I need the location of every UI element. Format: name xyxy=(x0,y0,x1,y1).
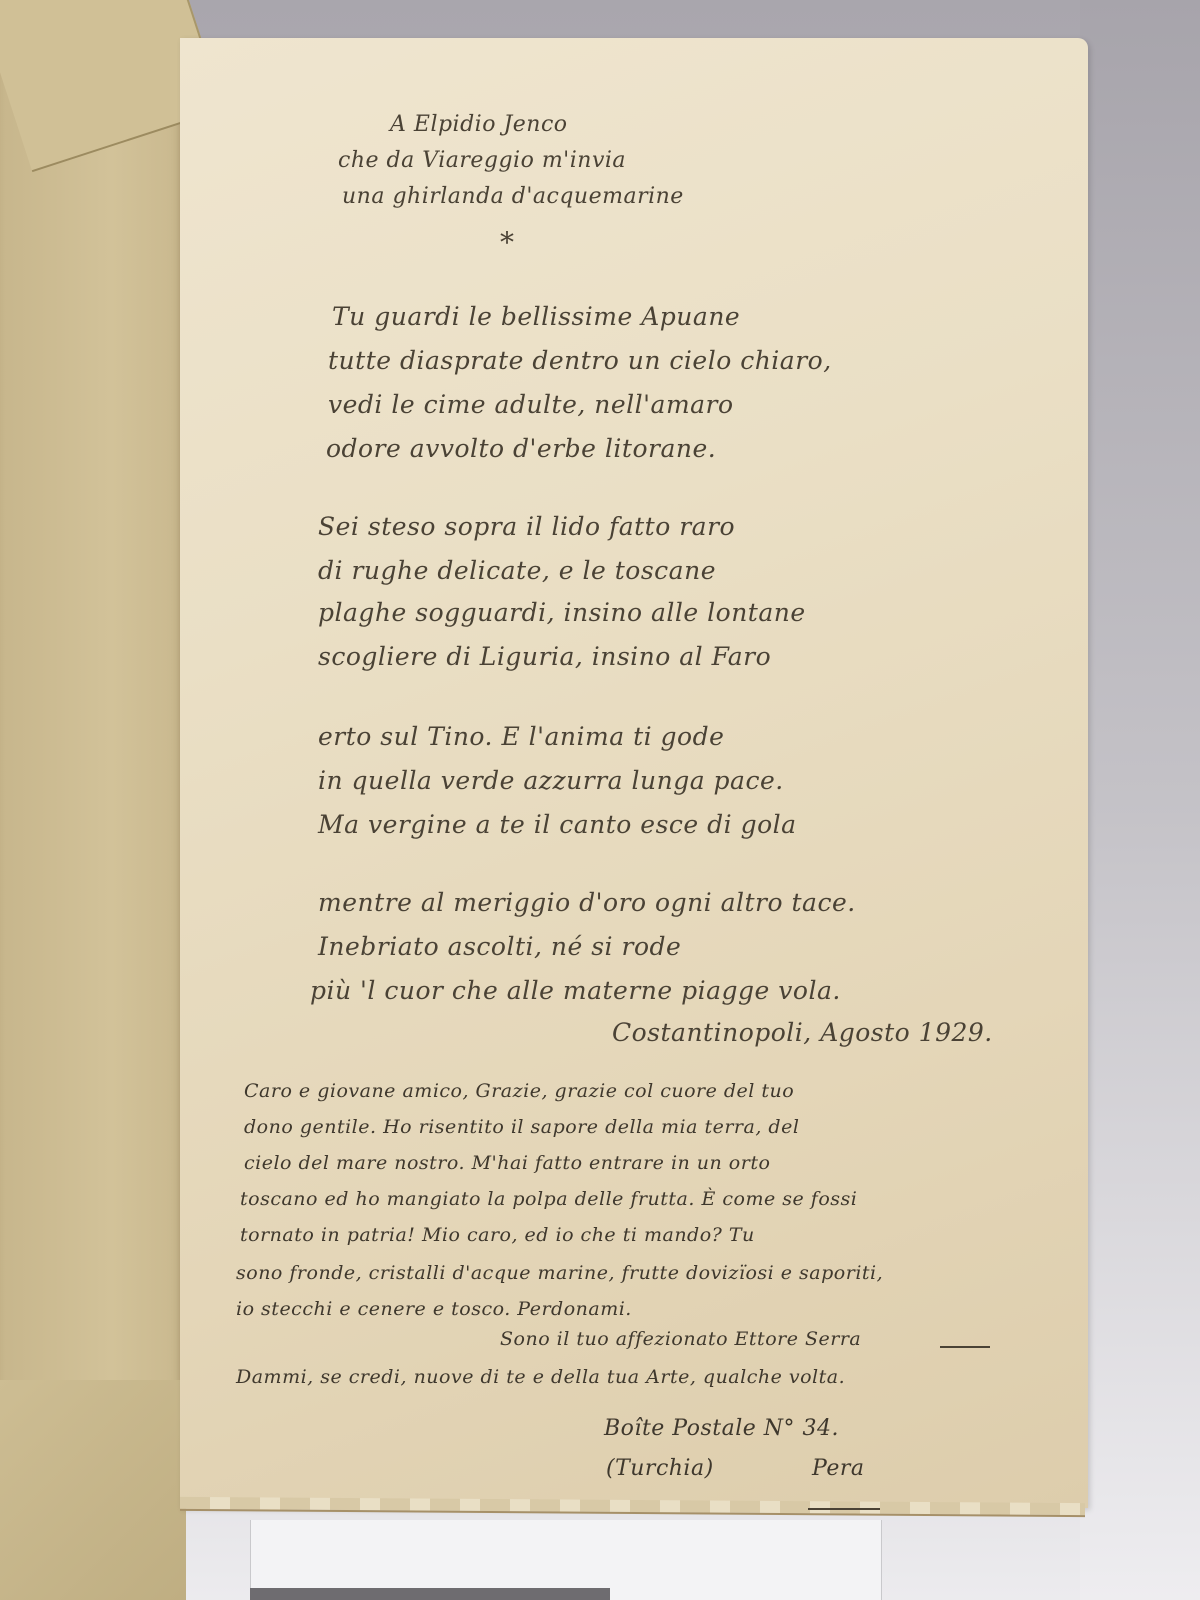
postal-address: Boîte Postale N° 34. xyxy=(604,1416,839,1441)
poem-line: vedi le cime adulte, nell'amaro xyxy=(328,390,734,419)
letter-line: toscano ed ho mangiato la polpa delle fr… xyxy=(240,1188,857,1210)
poem-line: Sei steso sopra il lido fatto raro xyxy=(318,512,735,541)
dedication-line: una ghirlanda d'acquemarine xyxy=(342,184,684,209)
poem-line: Tu guardi le bellissime Apuane xyxy=(332,302,740,331)
dedication-line: che da Viareggio m'invia xyxy=(338,148,626,173)
asterisk-separator: * xyxy=(500,226,514,259)
poem-line: in quella verde azzurra lunga pace. xyxy=(318,766,784,795)
initials-underline xyxy=(808,1508,880,1510)
poem-line: più 'l cuor che alle materne piagge vola… xyxy=(310,976,841,1005)
book-cover-left xyxy=(0,0,186,1600)
letter-line: Dammi, se credi, nuove di te e della tua… xyxy=(236,1366,845,1388)
poem-line: Inebriato ascolti, né si rode xyxy=(318,932,681,961)
poem-line: di rughe delicate, e le toscane xyxy=(318,556,716,585)
initials-mark: Pera xyxy=(812,1456,864,1481)
letter-line: cielo del mare nostro. M'hai fatto entra… xyxy=(244,1152,770,1174)
signature-underline xyxy=(940,1346,990,1348)
display-stand-base xyxy=(250,1588,610,1600)
poem-line: erto sul Tino. E l'anima ti gode xyxy=(318,722,724,751)
poem-line: tutte diasprate dentro un cielo chiaro, xyxy=(328,346,832,375)
letter-signature-line: Sono il tuo affezionato Ettore Serra xyxy=(500,1328,861,1350)
place-date: Costantinopoli, Agosto 1929. xyxy=(612,1018,993,1047)
cover-fold xyxy=(0,1380,186,1600)
postal-country: (Turchia) xyxy=(606,1456,714,1481)
poem-line: mentre al meriggio d'oro ogni altro tace… xyxy=(318,888,856,917)
letter-line: sono fronde, cristalli d'acque marine, f… xyxy=(236,1262,883,1284)
letter-line: dono gentile. Ho risentito il sapore del… xyxy=(244,1116,799,1138)
background-wall xyxy=(1080,0,1200,1600)
poem-line: scogliere di Liguria, insino al Faro xyxy=(318,642,771,671)
poem-line: plaghe sogguardi, insino alle lontane xyxy=(318,598,806,627)
poem-line: Ma vergine a te il canto esce di gola xyxy=(318,810,797,839)
poem-line: odore avvolto d'erbe litorane. xyxy=(326,434,716,463)
letter-line: io stecchi e cenere e tosco. Perdonami. xyxy=(236,1298,632,1320)
letter-line: Caro e giovane amico, Grazie, grazie col… xyxy=(244,1080,794,1102)
letter-line: tornato in patria! Mio caro, ed io che t… xyxy=(240,1224,755,1246)
dedication-line: A Elpidio Jenco xyxy=(390,112,568,137)
